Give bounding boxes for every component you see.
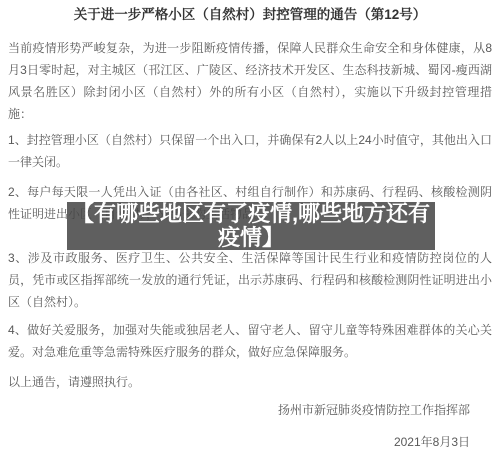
notice-item-4: 4、做好关爱服务，加强对失能或独居老人、留守老人、留守儿童等特殊困难群体的关心关… (8, 319, 492, 363)
notice-item-1: 1、封控管理小区（自然村）只保留一个出入口，并确保有2人以上24小时值守，其他出… (8, 129, 492, 173)
notice-document: 关于进一步严格小区（自然村）封控管理的通告（第12号） 当前疫情形势严峻复杂，为… (0, 0, 500, 450)
notice-closing-line: 以上通告，请遵照执行。 (8, 371, 492, 393)
issue-date: 2021年8月3日 (8, 431, 492, 450)
notice-title-text: 关于进一步严格小区（自然村）封控管理的通告（第12号） (74, 7, 427, 22)
notice-title: 关于进一步严格小区（自然村）封控管理的通告（第12号） (8, 6, 492, 24)
watermark-overlay-banner: 【有哪些地区有了疫情,哪些地方还有疫情】 (67, 202, 435, 250)
issuing-authority: 扬州市新冠肺炎疫情防控工作指挥部 (8, 399, 492, 421)
notice-intro-paragraph: 当前疫情形势严峻复杂，为进一步阻断疫情传播，保障人民群众生命安全和身体健康，从8… (8, 37, 492, 125)
watermark-text: 【有哪些地区有了疫情,哪些地方还有疫情】 (67, 202, 435, 250)
notice-item-3: 3、涉及市政服务、医疗卫生、公共安全、生活保障等国计民生行业和疫情防控岗位的人员… (8, 247, 492, 313)
